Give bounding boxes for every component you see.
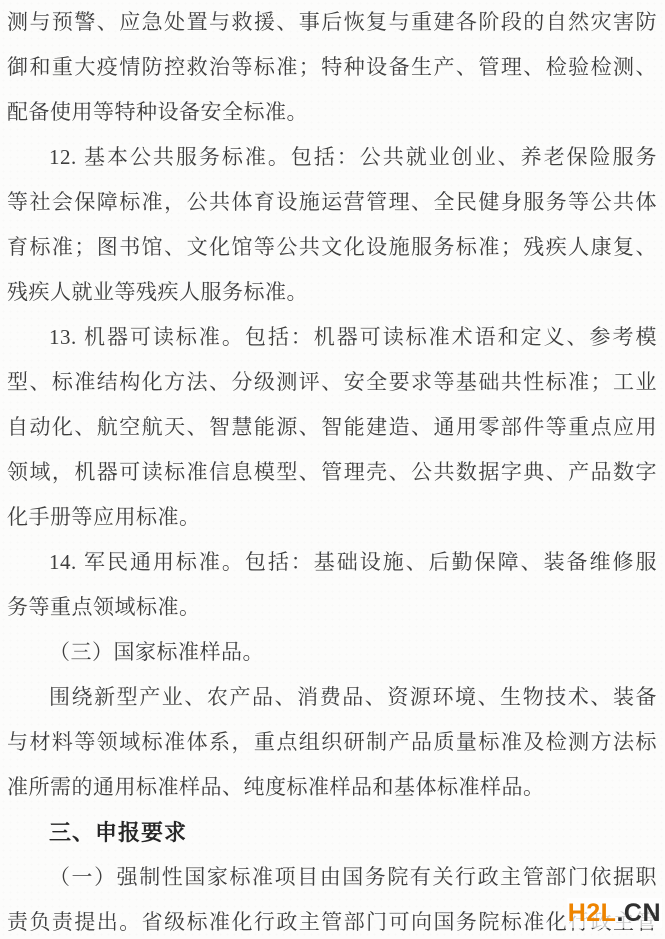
text-line: 育标准；图书馆、文化馆等公共文化设施服务标准；残疾人康复、 xyxy=(7,225,657,270)
paragraph: 13. 机器可读标准。包括：机器可读标准术语和定义、参考模型、标准结构化方法、分… xyxy=(7,315,657,540)
text-line: 责负责提出。省级标准化行政主管部门可向国务院标准化行政主管 xyxy=(7,900,657,939)
text-line: 13. 机器可读标准。包括：机器可读标准术语和定义、参考模 xyxy=(7,315,657,360)
text-line: 准所需的通用标准样品、纯度标准样品和基体标准样品。 xyxy=(7,765,657,810)
section-heading: 三、申报要求 xyxy=(7,810,657,855)
paragraph: （三）国家标准样品。 xyxy=(7,630,657,675)
text-line: 御和重大疫情防控救治等标准；特种设备生产、管理、检验检测、 xyxy=(7,45,657,90)
text-line: 化手册等应用标准。 xyxy=(7,495,657,540)
text-line: （一）强制性国家标准项目由国务院有关行政主管部门依据职 xyxy=(7,855,657,900)
paragraph: 测与预警、应急处置与救援、事后恢复与重建各阶段的自然灾害防御和重大疫情防控救治等… xyxy=(7,0,657,135)
text-line: 等社会保障标准，公共体育设施运营管理、全民健身服务等公共体 xyxy=(7,180,657,225)
paragraph: 围绕新型产业、农产品、消费品、资源环境、生物技术、装备与材料等领域标准体系，重点… xyxy=(7,675,657,810)
document-body: 测与预警、应急处置与救援、事后恢复与重建各阶段的自然灾害防御和重大疫情防控救治等… xyxy=(7,0,657,939)
text-line: 型、标准结构化方法、分级测评、安全要求等基础共性标准；工业 xyxy=(7,360,657,405)
text-line: 围绕新型产业、农产品、消费品、资源环境、生物技术、装备 xyxy=(7,675,657,720)
text-line: 三、申报要求 xyxy=(7,810,657,855)
text-line: 测与预警、应急处置与救援、事后恢复与重建各阶段的自然灾害防 xyxy=(7,0,657,45)
paragraph: （一）强制性国家标准项目由国务院有关行政主管部门依据职责负责提出。省级标准化行政… xyxy=(7,855,657,939)
text-line: 务等重点领域标准。 xyxy=(7,585,657,630)
watermark: H2L.CN xyxy=(567,898,662,928)
text-line: 与材料等领域标准体系，重点组织研制产品质量标准及检测方法标 xyxy=(7,720,657,765)
document-page: 测与预警、应急处置与救援、事后恢复与重建各阶段的自然灾害防御和重大疫情防控救治等… xyxy=(0,0,665,939)
watermark-domain-text: .CN xyxy=(616,899,661,927)
text-line: 配备使用等特种设备安全标准。 xyxy=(7,90,657,135)
watermark-brand-text: H2L xyxy=(568,899,617,927)
text-line: 12. 基本公共服务标准。包括：公共就业创业、养老保险服务 xyxy=(7,135,657,180)
paragraph: 12. 基本公共服务标准。包括：公共就业创业、养老保险服务等社会保障标准，公共体… xyxy=(7,135,657,315)
text-line: （三）国家标准样品。 xyxy=(7,630,657,675)
text-line: 自动化、航空航天、智慧能源、智能建造、通用零部件等重点应用 xyxy=(7,405,657,450)
text-line: 残疾人就业等残疾人服务标准。 xyxy=(7,270,657,315)
paragraph: 14. 军民通用标准。包括：基础设施、后勤保障、装备维修服务等重点领域标准。 xyxy=(7,540,657,630)
text-line: 领域，机器可读标准信息模型、管理壳、公共数据字典、产品数字 xyxy=(7,450,657,495)
text-line: 14. 军民通用标准。包括：基础设施、后勤保障、装备维修服 xyxy=(7,540,657,585)
